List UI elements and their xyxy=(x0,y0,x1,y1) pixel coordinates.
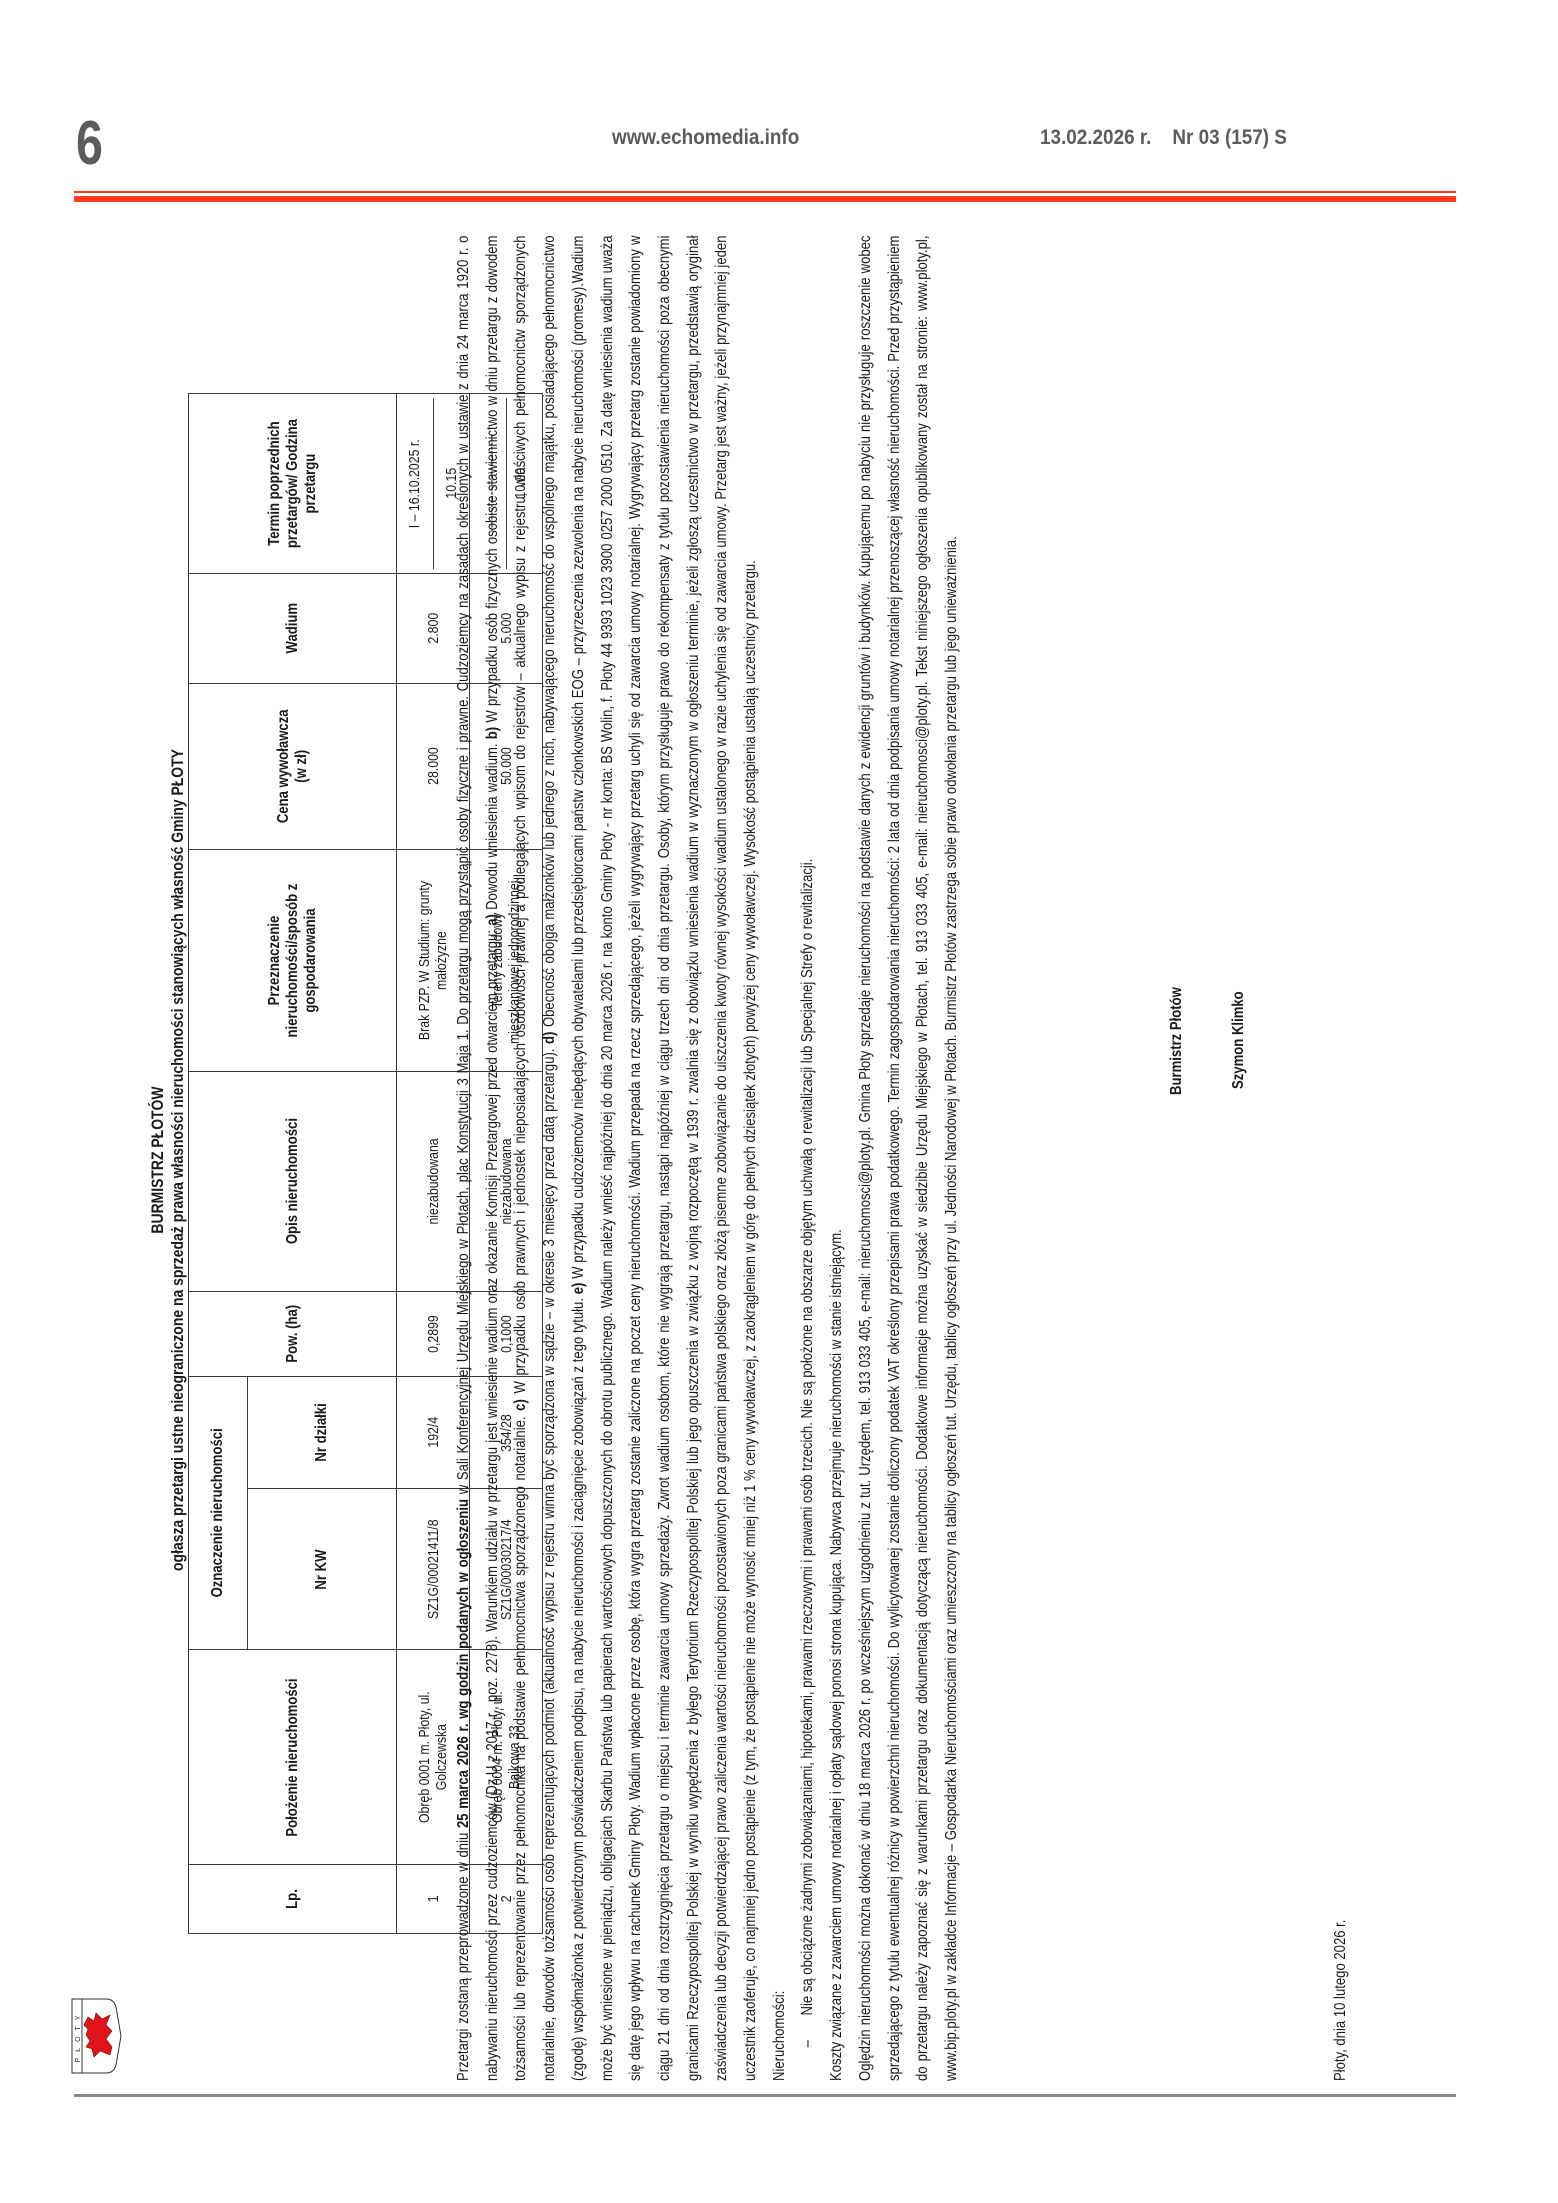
announcement-body: Przetargi zostaną przeprowadzone w dniu … xyxy=(450,235,967,2081)
col-opis: Opis nieruchomości xyxy=(189,1072,397,1292)
nieruchomosci-label: Nieruchomości: xyxy=(766,236,795,2081)
inspection-paragraph: Oględzin nieruchomości można dokonać w d… xyxy=(852,236,967,2081)
costs-paragraph: Koszty związane z zawarciem umowy notari… xyxy=(823,236,852,2081)
col-nr-kw: Nr KW xyxy=(248,1489,397,1650)
footer-rule xyxy=(74,2094,1456,2097)
page-number: 6 xyxy=(76,108,102,179)
col-nr-dzialki: Nr działki xyxy=(248,1377,397,1489)
announcement-title: BURMISTRZ PŁOTÓW xyxy=(148,393,168,1926)
main-paragraph: Przetargi zostaną przeprowadzone w dniu … xyxy=(450,236,766,2081)
bullet-item: –Nie są obciążone żadnymi zobowiązaniami… xyxy=(794,236,823,2081)
place-date: Płoty, dnia 10 lutego 2026 r. xyxy=(1332,1920,1350,2081)
col-cena: Cena wywoławcza (w zł) xyxy=(189,683,397,849)
header-rule-thick xyxy=(74,196,1456,202)
col-termin: Termin poprzednich przetargów/ Godzina p… xyxy=(189,394,397,574)
col-pow: Pow. (ha) xyxy=(189,1291,397,1376)
col-polozenie: Położenie nieruchomości xyxy=(189,1650,397,1865)
col-group-oznaczenie: Oznaczenie nieruchomości xyxy=(189,1377,248,1650)
issue-date-number: 13.02.2026 r. Nr 03 (157) S xyxy=(1040,126,1287,150)
logo-label: PŁOTY xyxy=(75,2010,82,2063)
signature-title: Burmistrz Płotów xyxy=(1168,987,1186,1095)
signature-name: Szymon Klimko xyxy=(1230,991,1248,1089)
col-przeznaczenie: Przeznaczenie nieruchomości/sposób z gos… xyxy=(189,850,397,1072)
termin-date: I – 16.10.2025 r. xyxy=(397,398,433,569)
ploty-coat-of-arms-icon: PŁOTY xyxy=(70,1993,122,2075)
col-lp: Lp. xyxy=(189,1865,397,1934)
website-url: www.echomedia.info xyxy=(612,126,799,150)
col-wadium: Wadium xyxy=(189,573,397,683)
announcement: PŁOTY BURMISTRZ PŁOTÓW ogłasza przetargi… xyxy=(60,225,1460,2095)
header-rule-thin xyxy=(74,191,1456,193)
announcement-subtitle: ogłasza przetargi ustne nieograniczone n… xyxy=(168,393,188,1926)
